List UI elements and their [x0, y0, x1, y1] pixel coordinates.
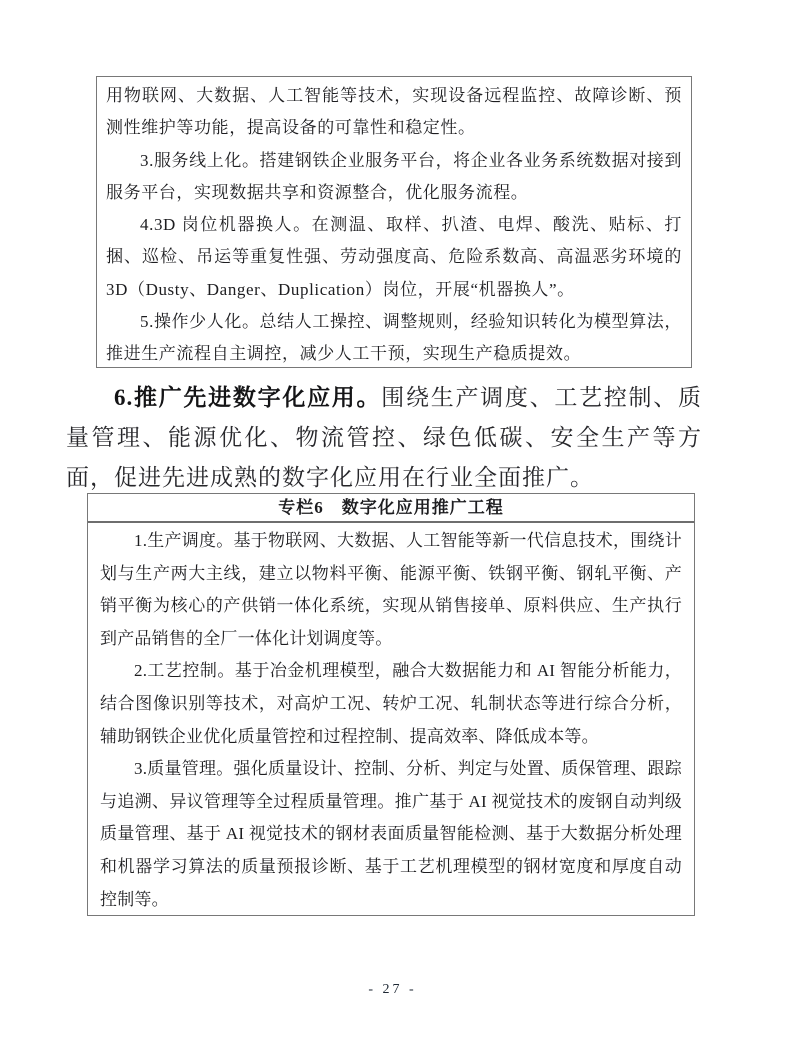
column-box-body: 1.生产调度。基于物联网、大数据、人工智能等新一代信息技术，围绕计划与生产两大主… — [88, 523, 694, 916]
paragraph-item-4: 4.3D 岗位机器换人。在测温、取样、扒渣、电焊、酸洗、贴标、打捆、巡检、吊运等… — [106, 209, 682, 306]
column-item-2: 2.工艺控制。基于冶金机理模型，融合大数据能力和 AI 智能分析能力，结合图像识… — [100, 655, 682, 753]
text-box-continuation: 用物联网、大数据、人工智能等技术，实现设备远程监控、故障诊断、预测性维护等功能，… — [96, 76, 692, 368]
paragraph-continuation: 用物联网、大数据、人工智能等技术，实现设备远程监控、故障诊断、预测性维护等功能，… — [106, 80, 682, 145]
column-item-3: 3.质量管理。强化质量设计、控制、分析、判定与处置、质保管理、跟踪与追溯、异议管… — [100, 753, 682, 916]
column-box-6: 专栏6 数字化应用推广工程 1.生产调度。基于物联网、大数据、人工智能等新一代信… — [87, 493, 695, 916]
document-page: 用物联网、大数据、人工智能等技术，实现设备远程监控、故障诊断、预测性维护等功能，… — [0, 0, 785, 1062]
column-item-1: 1.生产调度。基于物联网、大数据、人工智能等新一代信息技术，围绕计划与生产两大主… — [100, 525, 682, 655]
page-number: - 27 - — [0, 982, 785, 998]
main-paragraph-lead: 6.推广先进数字化应用。 — [114, 385, 381, 410]
paragraph-item-3: 3.服务线上化。搭建钢铁企业服务平台，将企业各业务系统数据对接到服务平台，实现数… — [106, 145, 682, 210]
paragraph-item-5: 5.操作少人化。总结人工操控、调整规则，经验知识转化为模型算法，推进生产流程自主… — [106, 306, 682, 368]
main-paragraph: 6.推广先进数字化应用。围绕生产调度、工艺控制、质量管理、能源优化、物流管控、绿… — [66, 378, 702, 498]
column-box-title: 专栏6 数字化应用推广工程 — [88, 494, 694, 523]
